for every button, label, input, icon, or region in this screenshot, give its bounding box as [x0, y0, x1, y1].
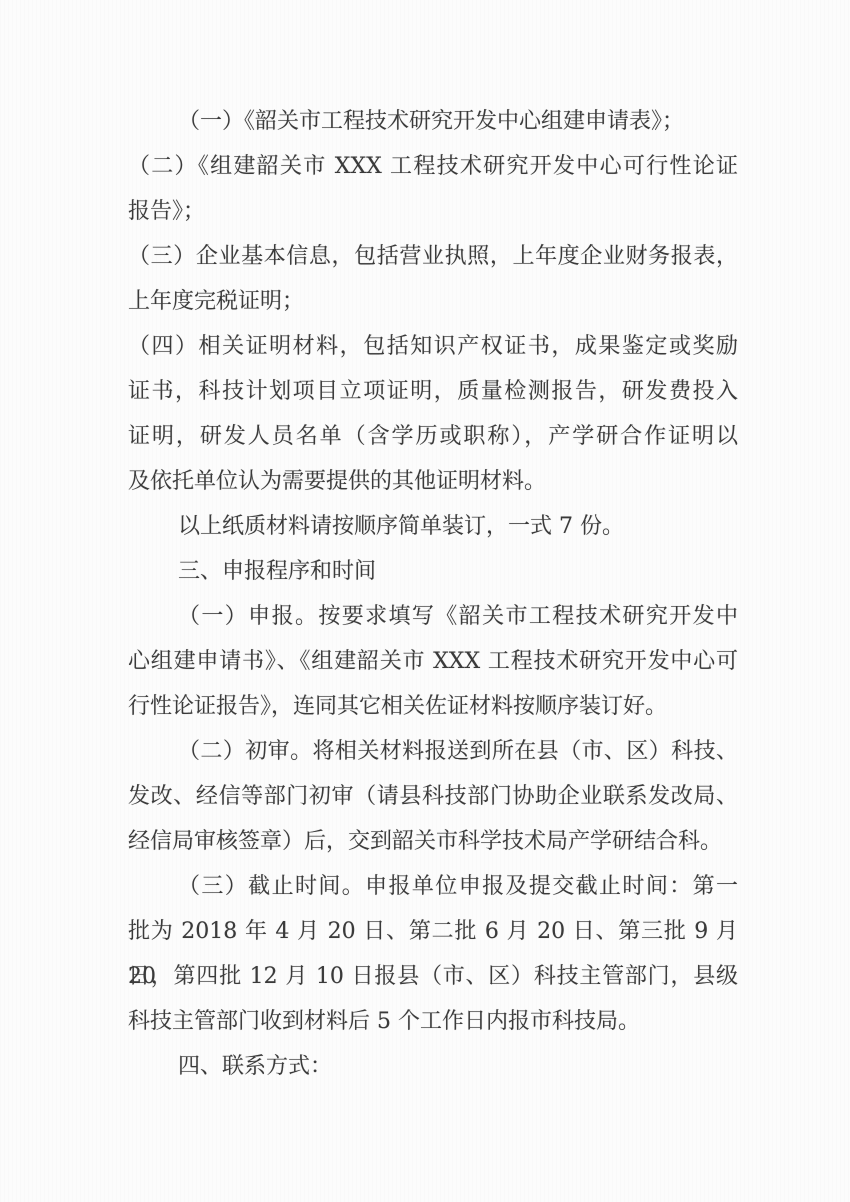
doc-line: （四）相关证明材料，包括知识产权证书，成果鉴定或奖励 [128, 324, 738, 369]
doc-line: （一）《韶关市工程技术研究开发中心组建申请表》； [128, 99, 738, 144]
doc-line: 上年度完税证明； [128, 279, 738, 324]
doc-line: 日，第四批 12 月 10 日报县（市、区）科技主管部门，县级 [128, 954, 738, 999]
doc-line: 以上纸质材料请按顺序简单装订，一式 7 份。 [128, 504, 738, 549]
doc-line: 及依托单位认为需要提供的其他证明材料。 [128, 459, 738, 504]
doc-line: 批为 2018 年 4 月 20 日、第二批 6 月 20 日、第三批 9 月 … [128, 909, 738, 954]
doc-line: （三）截止时间。申报单位申报及提交截止时间：第一 [128, 864, 738, 909]
doc-line: （三）企业基本信息，包括营业执照，上年度企业财务报表， [128, 234, 738, 279]
doc-line: 证明，研发人员名单（含学历或职称），产学研合作证明以 [128, 414, 738, 459]
doc-section-heading: 三、申报程序和时间 [128, 549, 738, 594]
doc-section-heading: 四、联系方式： [128, 1044, 738, 1089]
doc-line: （二）初审。将相关材料报送到所在县（市、区）科技、 [128, 729, 738, 774]
doc-line: 科技主管部门收到材料后 5 个工作日内报市科技局。 [128, 999, 738, 1044]
doc-line: 心组建申请书》、《组建韶关市 XXX 工程技术研究开发中心可 [128, 639, 738, 684]
doc-line: 行性论证报告》，连同其它相关佐证材料按顺序装订好。 [128, 684, 738, 729]
document-text-block: （一）《韶关市工程技术研究开发中心组建申请表》； （二）《组建韶关市 XXX 工… [128, 99, 738, 1089]
doc-line: 报告》； [128, 189, 738, 234]
doc-line: 经信局审核签章）后，交到韶关市科学技术局产学研结合科。 [128, 819, 738, 864]
document-page: （一）《韶关市工程技术研究开发中心组建申请表》； （二）《组建韶关市 XXX 工… [0, 0, 850, 1202]
doc-line: 发改、经信等部门初审（请县科技部门协助企业联系发改局、 [128, 774, 738, 819]
doc-line: （一）申报。按要求填写《韶关市工程技术研究开发中 [128, 594, 738, 639]
doc-line: 证书，科技计划项目立项证明，质量检测报告，研发费投入 [128, 369, 738, 414]
doc-line: （二）《组建韶关市 XXX 工程技术研究开发中心可行性论证 [128, 144, 738, 189]
